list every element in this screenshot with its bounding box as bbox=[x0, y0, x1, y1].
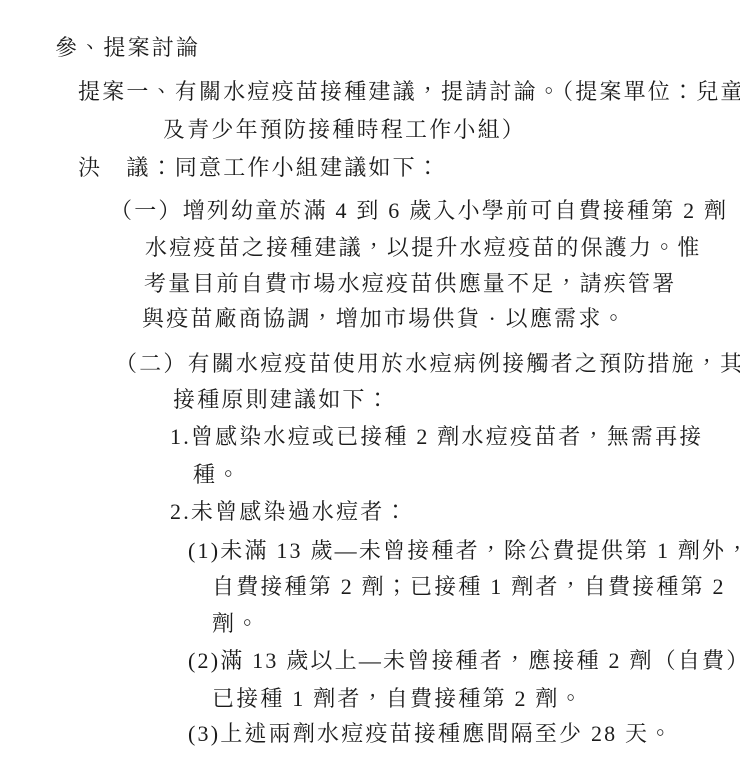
sub-item-1-line-2: 自費接種第 2 劑；已接種 1 劑者，自費接種第 2 bbox=[212, 573, 726, 600]
resolution-item-1-line-4: 與疫苗廠商協調，增加市場供貨 · 以應需求。 bbox=[142, 305, 627, 332]
resolution-heading: 決 議：同意工作小組建議如下： bbox=[78, 154, 441, 181]
sub-item-1-line-1: (1)未滿 13 歲—未曾接種者，除公費提供第 1 劑外， bbox=[188, 537, 740, 564]
sub-item-2-line-1: (2)滿 13 歲以上—未曾接種者，應接種 2 劑（自費）； bbox=[188, 647, 740, 674]
resolution-item-1-line-1: （一）增列幼童於滿 4 到 6 歲入小學前可自費接種第 2 劑 bbox=[110, 197, 728, 224]
resolution-item-1-line-2: 水痘疫苗之接種建議，以提升水痘疫苗的保護力。惟 bbox=[145, 234, 702, 261]
proposal-title-line-1: 提案一、有關水痘疫苗接種建議，提請討論。（提案單位：兒童 bbox=[78, 78, 740, 105]
resolution-item-1-line-3: 考量目前自費市場水痘疫苗供應量不足，請疾管署 bbox=[144, 270, 676, 297]
sub-item-2-line-2: 已接種 1 劑者，自費接種第 2 劑。 bbox=[212, 685, 584, 712]
document-page: 參、提案討論 提案一、有關水痘疫苗接種建議，提請討論。（提案單位：兒童 及青少年… bbox=[0, 0, 740, 757]
principle-1-line-2: 種。 bbox=[193, 461, 241, 488]
sub-item-1-line-3: 劑。 bbox=[212, 610, 260, 637]
proposal-title-line-2: 及青少年預防接種時程工作小組） bbox=[163, 116, 526, 143]
sub-item-3-line-1: (3)上述兩劑水痘疫苗接種應間隔至少 28 天。 bbox=[188, 720, 673, 747]
section-heading: 參、提案討論 bbox=[55, 34, 200, 61]
principle-1-line-1: 1.曾感染水痘或已接種 2 劑水痘疫苗者，無需再接 bbox=[170, 423, 704, 450]
principle-2-heading: 2.未曾感染過水痘者： bbox=[170, 498, 409, 525]
resolution-item-2-line-1: （二）有關水痘疫苗使用於水痘病例接觸者之預防措施，其 bbox=[115, 350, 740, 377]
resolution-item-2-line-2: 接種原則建議如下： bbox=[173, 386, 391, 413]
